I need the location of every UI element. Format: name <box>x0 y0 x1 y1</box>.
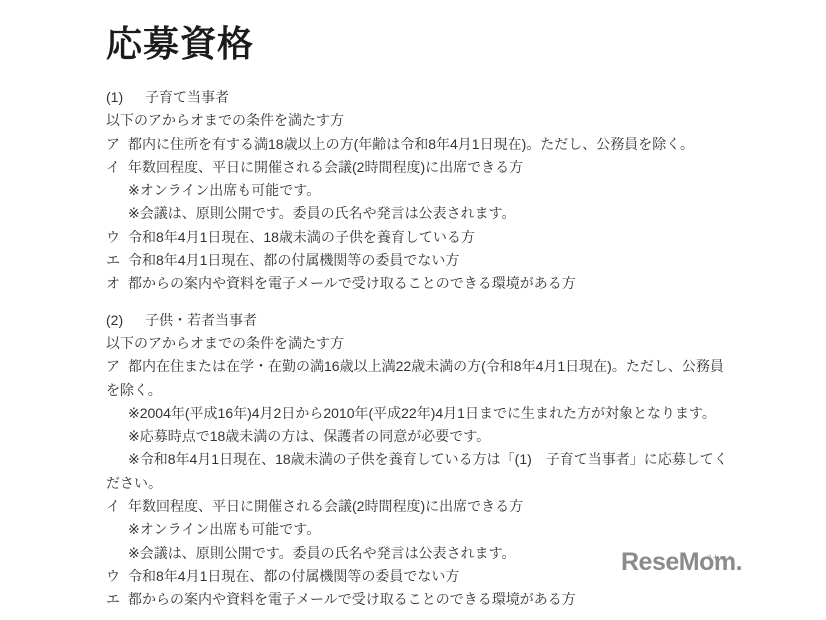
line-label: ウ <box>106 565 128 588</box>
line-text: ※オンライン出席も可能です。 <box>128 521 320 537</box>
line-text: 令和8年4月1日現在、都の付属機関等の委員でない方 <box>128 252 459 268</box>
text-line: ウ令和8年4月1日現在、18歳未満の子供を養育している方 <box>106 226 806 249</box>
line-text: ※2004年(平成16年)4月2日から2010年(平成22年)4月1日までに生ま… <box>128 405 716 421</box>
line-text: ※オンライン出席も可能です。 <box>128 182 320 198</box>
line-text: 都内在住または在学・在勤の満16歳以上満22歳未満の方(令和8年4月1日現在)。… <box>128 358 724 374</box>
resemom-logo: ReseMom. リセマム <box>621 550 742 575</box>
text-line: エ都からの案内や資料を電子メールで受け取ることのできる環境がある方 <box>106 588 806 611</box>
line-label: エ <box>106 588 128 611</box>
text-line: 以下のアからオまでの条件を満たす方 <box>106 332 806 355</box>
page-title: 応募資格 <box>106 26 806 62</box>
line-label: イ <box>106 495 128 518</box>
line-text: 子育て当事者 <box>145 89 229 105</box>
line-text: 都からの案内や資料を電子メールで受け取ることのできる環境がある方 <box>128 275 576 291</box>
line-text: 都内に住所を有する満18歳以上の方(年齢は令和8年4月1日現在)。ただし、公務員… <box>128 136 694 152</box>
text-line: ※2004年(平成16年)4月2日から2010年(平成22年)4月1日までに生ま… <box>106 402 806 425</box>
text-line: ※令和8年4月1日現在、18歳未満の子供を養育している方は「(1) 子育て当事者… <box>106 448 806 471</box>
line-text: ※会議は、原則公開です。委員の氏名や発言は公表されます。 <box>128 205 516 221</box>
section-heading: (2)子供・若者当事者 <box>106 309 806 332</box>
text-line: ※オンライン出席も可能です。 <box>106 518 806 541</box>
line-label: ア <box>106 133 128 156</box>
line-text: 以下のアからオまでの条件を満たす方 <box>106 335 344 351</box>
text-line: ア都内に住所を有する満18歳以上の方(年齢は令和8年4月1日現在)。ただし、公務… <box>106 133 806 156</box>
line-label: ウ <box>106 226 128 249</box>
line-text: 令和8年4月1日現在、18歳未満の子供を養育している方 <box>128 229 475 245</box>
line-label: (2) <box>106 309 145 332</box>
line-text: 子供・若者当事者 <box>145 312 257 328</box>
text-line: エ令和8年4月1日現在、都の付属機関等の委員でない方 <box>106 249 806 272</box>
text-line: イ年数回程度、平日に開催される会議(2時間程度)に出席できる方 <box>106 495 806 518</box>
document: 応募資格 (1)子育て当事者以下のアからオまでの条件を満たす方ア都内に住所を有す… <box>106 26 806 612</box>
resemom-logo-ruby: リセマム <box>706 547 734 572</box>
text-line: ※会議は、原則公開です。委員の氏名や発言は公表されます。 <box>106 202 806 225</box>
text-line: 以下のアからオまでの条件を満たす方 <box>106 109 806 132</box>
text-line: を除く。 <box>106 379 806 402</box>
line-text: ※応募時点で18歳未満の方は、保護者の同意が必要です。 <box>128 428 490 444</box>
line-text: 年数回程度、平日に開催される会議(2時間程度)に出席できる方 <box>128 159 523 175</box>
resemom-logo-period: . <box>736 548 742 576</box>
text-line: イ年数回程度、平日に開催される会議(2時間程度)に出席できる方 <box>106 156 806 179</box>
line-label: イ <box>106 156 128 179</box>
line-label: オ <box>106 272 128 295</box>
text-line: ださい。 <box>106 472 806 495</box>
document-body: (1)子育て当事者以下のアからオまでの条件を満たす方ア都内に住所を有する満18歳… <box>106 86 806 612</box>
section-heading: (1)子育て当事者 <box>106 86 806 109</box>
line-text: ださい。 <box>106 475 162 491</box>
line-text: を除く。 <box>106 382 162 398</box>
section: (1)子育て当事者以下のアからオまでの条件を満たす方ア都内に住所を有する満18歳… <box>106 86 806 296</box>
line-text: 以下のアからオまでの条件を満たす方 <box>106 112 344 128</box>
text-line: ア都内在住または在学・在勤の満16歳以上満22歳未満の方(令和8年4月1日現在)… <box>106 355 806 378</box>
line-text: 都からの案内や資料を電子メールで受け取ることのできる環境がある方 <box>128 591 576 607</box>
line-text: ※令和8年4月1日現在、18歳未満の子供を養育している方は「(1) 子育て当事者… <box>128 451 728 467</box>
line-text: ※会議は、原則公開です。委員の氏名や発言は公表されます。 <box>128 545 516 561</box>
line-text: 年数回程度、平日に開催される会議(2時間程度)に出席できる方 <box>128 498 523 514</box>
text-line: ※応募時点で18歳未満の方は、保護者の同意が必要です。 <box>106 425 806 448</box>
line-label: ア <box>106 355 128 378</box>
text-line: ※オンライン出席も可能です。 <box>106 179 806 202</box>
line-label: (1) <box>106 86 145 109</box>
line-text: 令和8年4月1日現在、都の付属機関等の委員でない方 <box>128 568 459 584</box>
line-label: エ <box>106 249 128 272</box>
text-line: オ都からの案内や資料を電子メールで受け取ることのできる環境がある方 <box>106 272 806 295</box>
